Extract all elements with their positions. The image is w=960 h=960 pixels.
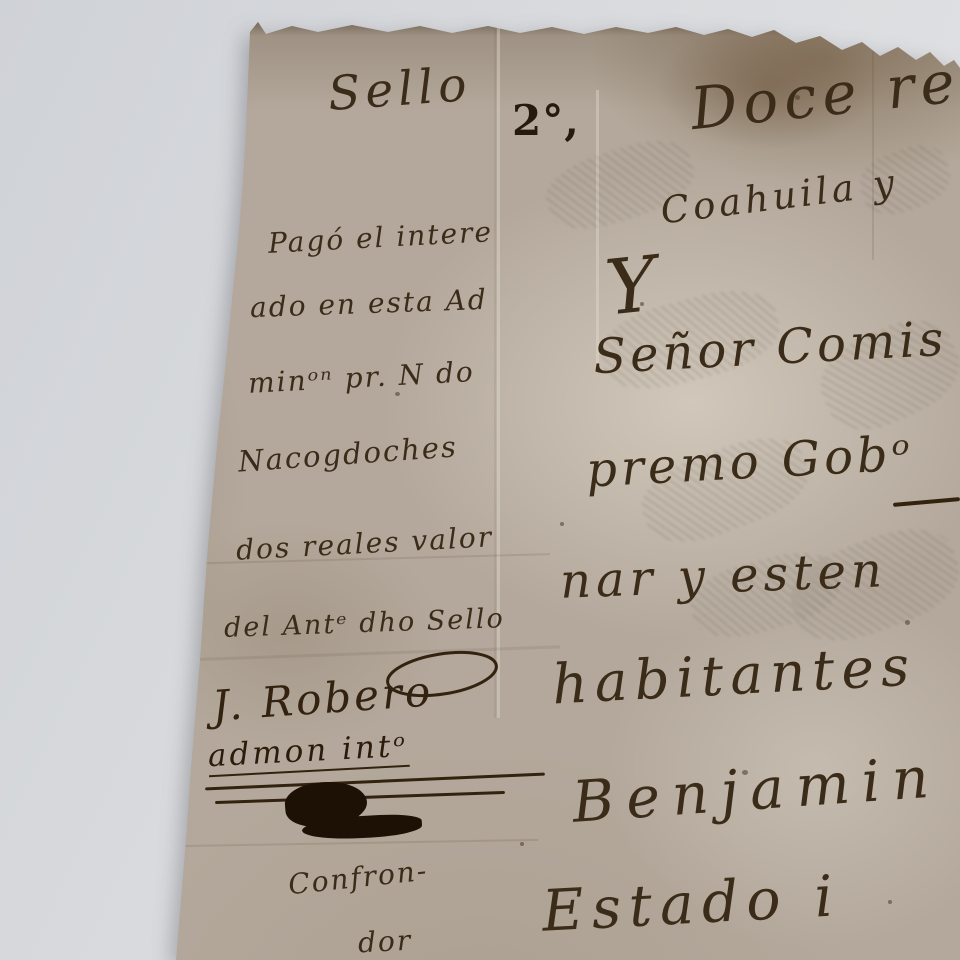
body-line: Estado i <box>541 868 842 941</box>
header-sello: Sello <box>327 61 473 118</box>
body-line: nar y esten <box>559 546 887 605</box>
ink-speck <box>560 522 564 526</box>
flourish-dash <box>893 497 960 507</box>
body-line: premo Gobᵒ <box>585 429 915 494</box>
header-value-line: Doce rea <box>688 48 960 138</box>
paper-shadow: Sello 2°, Doce rea Coahuila y Pagó el in… <box>0 0 960 960</box>
margin-note-line: Pagó el intere <box>267 218 493 258</box>
photo-of-manuscript: Sello 2°, Doce rea Coahuila y Pagó el in… <box>0 0 960 960</box>
header-place-line: Coahuila y <box>659 164 900 230</box>
body-line: habitantes <box>551 639 918 713</box>
fold-crease-horizontal <box>180 645 560 661</box>
manuscript-paper: Sello 2°, Doce rea Coahuila y Pagó el in… <box>0 0 960 960</box>
margin-note-line: dos reales valor <box>235 523 493 564</box>
ink-speck <box>395 392 400 396</box>
torn-edge-shading <box>176 20 960 36</box>
body-line: Benjamin <box>570 749 942 832</box>
stamp-class-number: 2°, <box>512 100 580 142</box>
signature-underline-flourish <box>205 773 545 791</box>
margin-note-line: ado en esta Ad <box>250 286 489 322</box>
margin-note-line: minᵒⁿ pr. N do <box>247 358 475 398</box>
signature-title: admon intᵒ <box>207 731 409 777</box>
body-initial-flourish: Y <box>602 245 662 326</box>
ink-speck <box>520 842 524 846</box>
footer-note-line2: dor <box>357 927 413 958</box>
margin-note-line: Nacogdoches <box>237 432 458 476</box>
fold-crease-horizontal <box>178 839 538 847</box>
ink-speck <box>905 620 910 625</box>
signature-rubric-flourish <box>379 639 506 709</box>
ink-speck <box>888 900 892 904</box>
footer-note-line1: Confron- <box>287 857 430 900</box>
margin-note-line: del Antᵉ dho Sello <box>224 605 506 642</box>
